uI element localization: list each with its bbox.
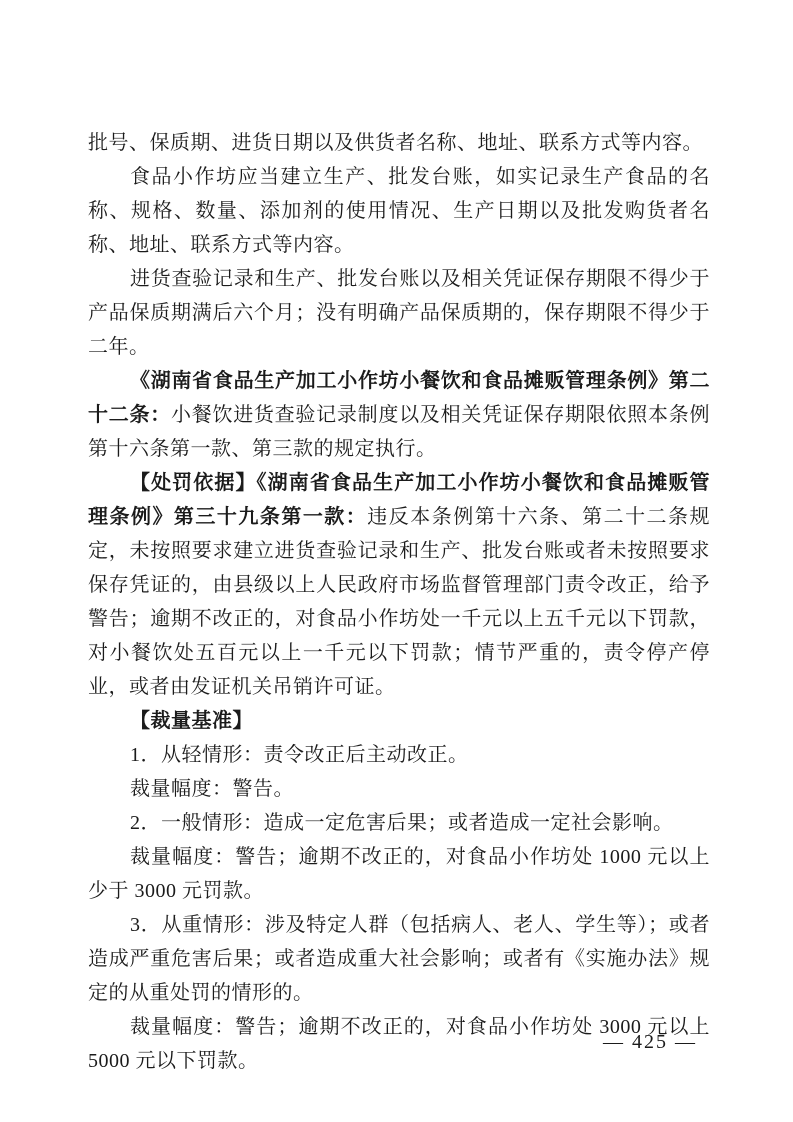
paragraph-regulation-article-22: 《湖南省食品生产加工小作坊小餐饮和食品摊贩管理条例》第二十二条：小餐饮进货查验记… <box>88 364 710 466</box>
text-segment: 裁量幅度：警告；逾期不改正的，对食品小作坊处 1000 元以上少于 3000 元… <box>88 846 710 902</box>
paragraph-intro-continuation: 批号、保质期、进货日期以及供货者名称、地址、联系方式等内容。 <box>88 126 710 160</box>
text-segment: 2．一般情形：造成一定危害后果；或者造成一定社会影响。 <box>130 812 674 834</box>
paragraph-retention-period: 进货查验记录和生产、批发台账以及相关凭证保存期限不得少于产品保质期满后六个月；没… <box>88 262 710 364</box>
paragraph-general-range: 裁量幅度：警告；逾期不改正的，对食品小作坊处 1000 元以上少于 3000 元… <box>88 840 710 908</box>
paragraph-general-case: 2．一般情形：造成一定危害后果；或者造成一定社会影响。 <box>88 806 710 840</box>
page-number: — 425 — <box>603 1031 697 1054</box>
paragraph-production-ledger: 食品小作坊应当建立生产、批发台账，如实记录生产食品的名称、规格、数量、添加剂的使… <box>88 160 710 262</box>
text-segment: 裁量幅度：警告。 <box>130 778 294 800</box>
text-segment: 批号、保质期、进货日期以及供货者名称、地址、联系方式等内容。 <box>88 132 703 154</box>
document-body: 批号、保质期、进货日期以及供货者名称、地址、联系方式等内容。 食品小作坊应当建立… <box>88 126 710 1078</box>
paragraph-severe-case: 3．从重情形：涉及特定人群（包括病人、老人、学生等）；或者造成严重危害后果；或者… <box>88 908 710 1010</box>
text-segment: 小餐饮进货查验记录制度以及相关凭证保存期限依照本条例第十六条第一款、第三款的规定… <box>88 404 710 460</box>
document-page: 批号、保质期、进货日期以及供货者名称、地址、联系方式等内容。 食品小作坊应当建立… <box>0 0 793 1122</box>
heading-discretion-benchmark: 【裁量基准】 <box>88 704 710 738</box>
paragraph-lenient-range: 裁量幅度：警告。 <box>88 772 710 806</box>
text-segment: 1．从轻情形：责令改正后主动改正。 <box>130 744 469 766</box>
text-segment: 3．从重情形：涉及特定人群（包括病人、老人、学生等）；或者造成严重危害后果；或者… <box>88 914 710 1004</box>
paragraph-lenient-case: 1．从轻情形：责令改正后主动改正。 <box>88 738 710 772</box>
text-segment: 违反本条例第十六条、第二十二条规定，未按照要求建立进货查验记录和生产、批发台账或… <box>88 506 710 698</box>
text-segment: 进货查验记录和生产、批发台账以及相关凭证保存期限不得少于产品保质期满后六个月；没… <box>88 268 710 358</box>
paragraph-penalty-basis: 【处罚依据】《湖南省食品生产加工小作坊小餐饮和食品摊贩管理条例》第三十九条第一款… <box>88 466 710 704</box>
text-segment: 食品小作坊应当建立生产、批发台账，如实记录生产食品的名称、规格、数量、添加剂的使… <box>88 166 710 256</box>
section-heading: 【裁量基准】 <box>130 710 253 732</box>
